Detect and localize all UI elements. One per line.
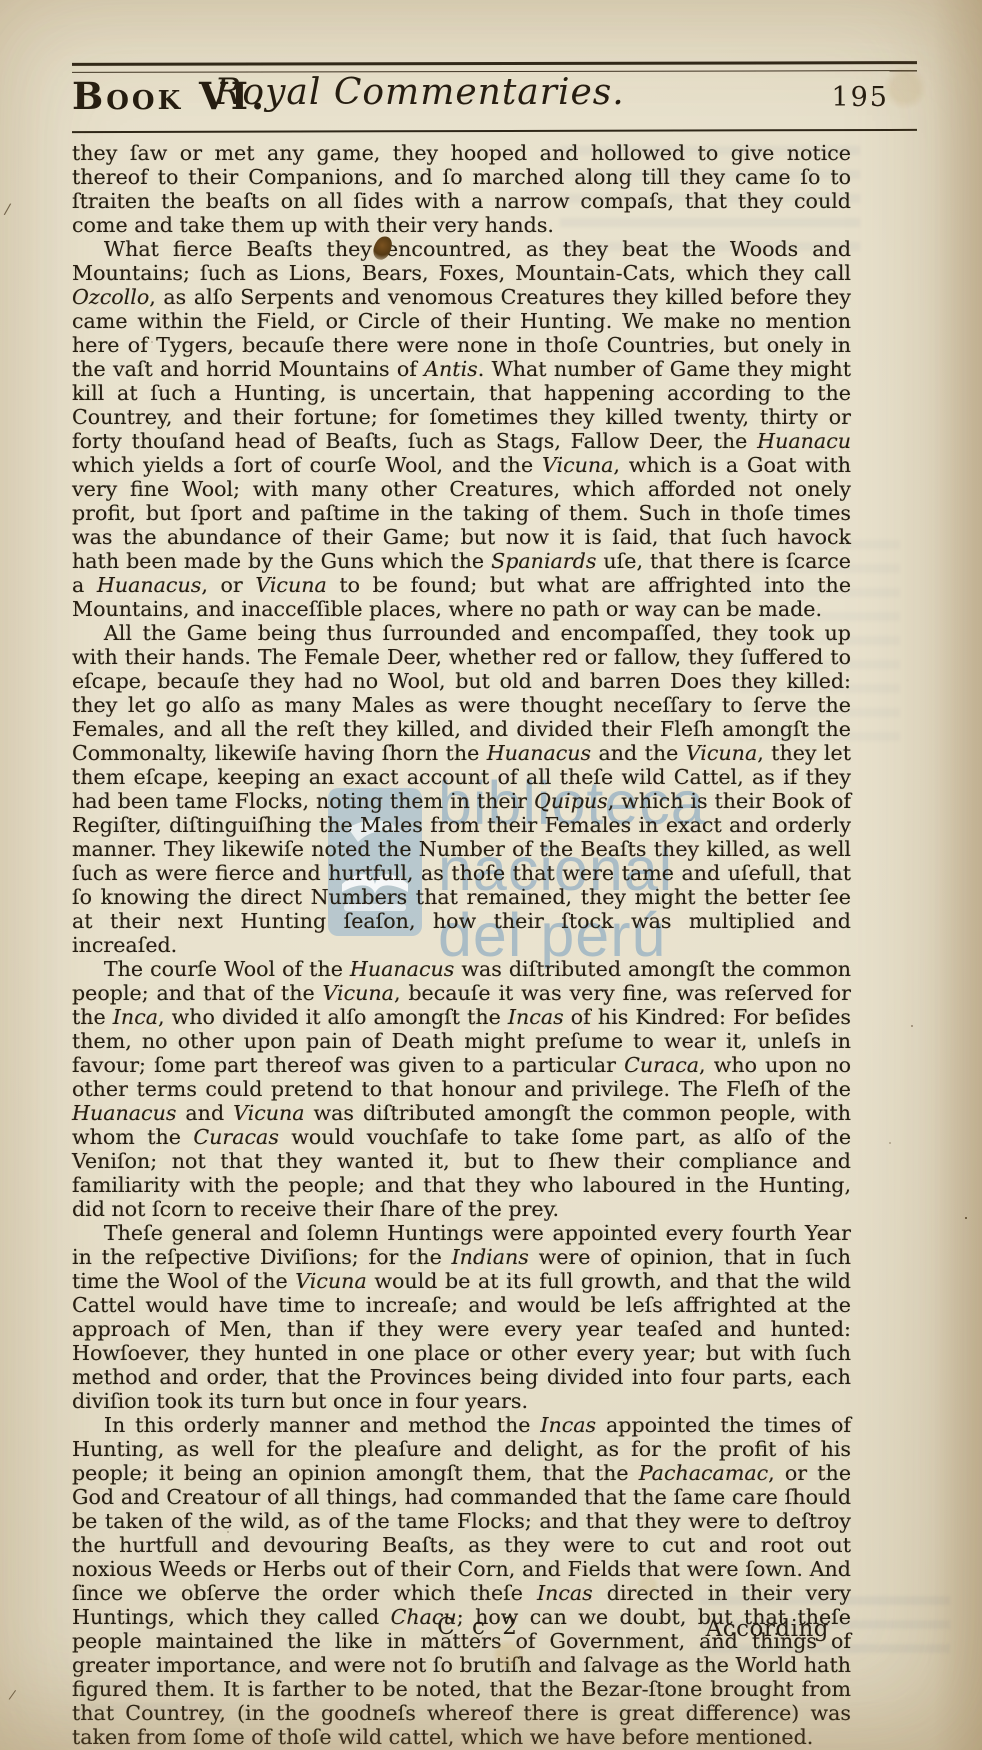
italic-term: Incas <box>508 1005 564 1029</box>
italic-term: Inca <box>113 1005 158 1029</box>
text-run: , which is their Book of Regiſter, diſti… <box>72 789 851 957</box>
italic-term: Curacas <box>193 1125 279 1149</box>
italic-term: Indians <box>452 1245 529 1269</box>
italic-term: Vicuna <box>323 981 394 1005</box>
italic-term: Vicuna <box>233 1101 304 1125</box>
header-rule-divider <box>72 129 917 133</box>
italic-term: Vicuna <box>255 573 326 597</box>
italic-term: Vicuna <box>686 741 757 765</box>
page-title: Royal Commentaries. <box>72 72 767 113</box>
body-text: they ſaw or met any game, they hooped an… <box>72 141 851 1749</box>
text-run: The courſe Wool of the <box>104 957 350 981</box>
paragraph: In this orderly manner and method the In… <box>72 1413 851 1749</box>
text-run: they ſaw or met any game, they hooped an… <box>72 141 851 237</box>
text-run: What fierce Beaſts they encountred, as t… <box>72 237 851 285</box>
italic-term: Huanacus <box>72 1101 176 1125</box>
margin-mark: / <box>8 1688 17 1704</box>
italic-term: Spaniards <box>491 549 596 573</box>
italic-term: Antis <box>424 357 478 381</box>
book-page: biblioteca nacional del perú Book VI. Ro… <box>0 0 982 1750</box>
paragraph: What fierce Beaſts they encountred, as t… <box>72 237 851 621</box>
italic-term: Huanacus <box>97 573 201 597</box>
italic-term: Incas <box>537 1581 593 1605</box>
paragraph: All the Game being thus ſurrounded and e… <box>72 621 851 957</box>
running-head: Book VI. Royal Commentaries. 195 <box>72 72 917 124</box>
margin-mark: / <box>3 200 12 219</box>
paragraph: The courſe Wool of the Huanacus was diſt… <box>72 957 851 1221</box>
italic-term: Incas <box>540 1413 596 1437</box>
page-footer: C c 2 According <box>72 1614 851 1648</box>
text-run: which yields a ſort of courſe Wool, and … <box>72 453 542 477</box>
page-number: 195 <box>831 82 889 113</box>
paragraph: they ſaw or met any game, they hooped an… <box>72 141 851 237</box>
italic-term: Quipus <box>534 789 608 813</box>
text-run: In this orderly manner and method the <box>104 1413 540 1437</box>
italic-term: Vicuna <box>542 453 613 477</box>
italic-term: Vicuna <box>295 1269 366 1293</box>
italic-term: Huanacu <box>757 429 851 453</box>
italic-term: Curaca <box>624 1053 699 1077</box>
italic-term: Huanacus <box>487 741 591 765</box>
italic-term: Huanacus <box>350 957 454 981</box>
text-run: and the <box>591 741 686 765</box>
italic-term: Ozcollo <box>72 285 149 309</box>
catchword: According <box>706 1616 829 1642</box>
italic-term: Pachacamac <box>639 1461 768 1485</box>
text-run: , or <box>201 573 255 597</box>
text-run: and <box>176 1101 233 1125</box>
text-run: , who divided it alſo amongſt the <box>158 1005 508 1029</box>
paragraph: Theſe general and ſolemn Huntings were a… <box>72 1221 851 1413</box>
